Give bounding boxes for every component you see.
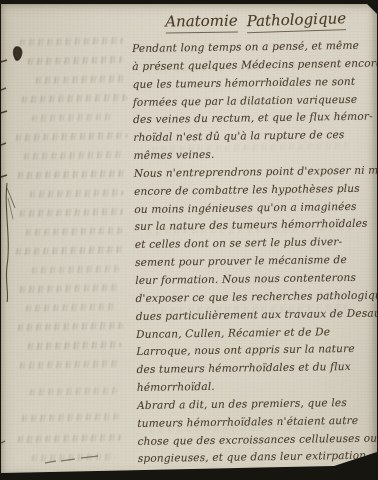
- title-word-anatomie: Anatomie: [165, 12, 238, 34]
- manuscript-body: Pendant long temps on a pensé, et même à…: [132, 38, 378, 470]
- manuscript-line: rhoïdal n'est dû qu'à la rupture de ces: [133, 127, 378, 148]
- manuscript-line: spongieuses, et que dans leur extirpatio…: [138, 448, 378, 469]
- page-title: Anatomie Pathologique: [151, 10, 361, 34]
- handwritten-text: Anatomie Pathologique Pendant long temps…: [0, 1, 378, 478]
- manuscript-line: dues particulièrement aux travaux de Des…: [136, 305, 378, 326]
- manuscript-page: Anatomie Pathologique Pendant long temps…: [1, 4, 377, 476]
- title-word-pathologique: Pathologique: [246, 9, 346, 33]
- manuscript-line: des tumeurs hémorrhoïdales et du flux: [136, 359, 378, 380]
- manuscript-scan: Anatomie Pathologique Pendant long temps…: [0, 0, 378, 480]
